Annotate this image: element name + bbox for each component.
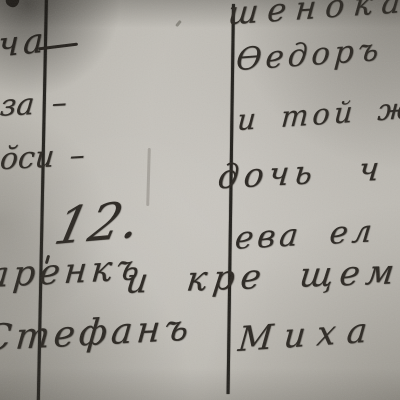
entry-number: 12. (50, 194, 147, 253)
handwriting-right-line-3: дочь ч (216, 152, 386, 194)
handwriting-top-right-partial: шенока (227, 0, 400, 29)
handwriting-right-line-2: и той жн (236, 92, 400, 135)
handwriting-left-fragment-3: о̆си – (0, 141, 86, 176)
pen-stroke-top-left (4, 0, 22, 9)
handwriting-left-fragment-1: ча (0, 23, 48, 62)
column-rule-right (227, 4, 235, 394)
handwriting-left-fragment-4: аренкъ (0, 251, 145, 294)
handwriting-name-stefan: Стефанъ (0, 310, 194, 357)
handwriting-name-fedor: Ѳедоръ (235, 35, 383, 76)
document-photo: шенока ча Ѳедоръ за – и той жн о̆си – до… (0, 0, 400, 400)
handwriting-center-line: и кре щем (124, 255, 400, 299)
handwriting-right-line-4: ева ел (233, 216, 377, 255)
handwriting-left-fragment-2: за – (0, 88, 68, 122)
paper-fleck (175, 20, 182, 27)
paper-scratch-mark (146, 148, 150, 206)
handwriting-name-mikha: Миха (237, 313, 380, 357)
